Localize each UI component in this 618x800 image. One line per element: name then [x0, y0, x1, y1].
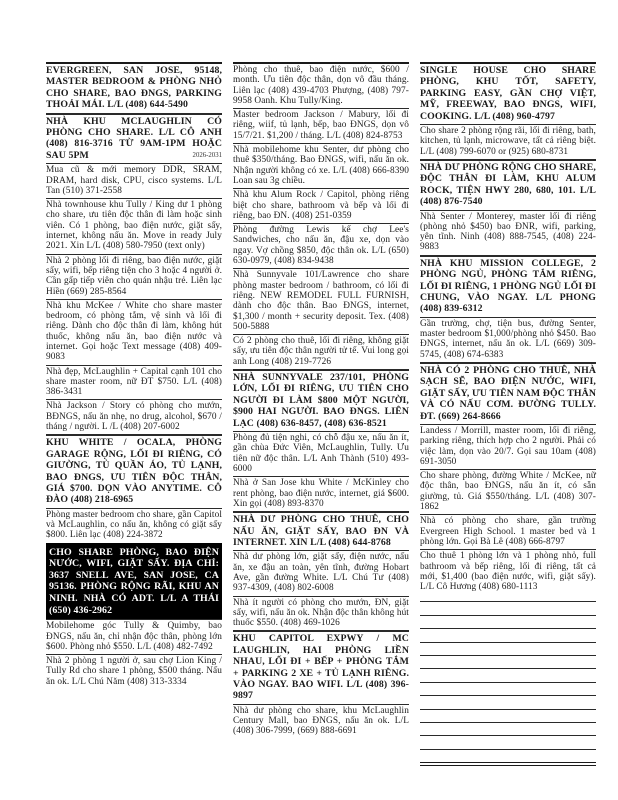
blank-ad-line: [420, 594, 596, 602]
classified-ad: Nhà dư phòng cho share, khu McLaughlin C…: [233, 704, 409, 739]
ad-run-dates: 2026-2031: [193, 150, 222, 161]
classified-ad: Nhà ở San Jose khu White / McKinley cho …: [233, 476, 409, 511]
classifieds-page: EVERGREEN, SAN JOSE, 95148, MASTER BEDRO…: [0, 0, 618, 800]
classified-ad: Nhà có phòng cho share, gần trường Everg…: [420, 514, 596, 549]
classified-ad: Phòng cho thuê, bao điện nước, $600 / mo…: [233, 62, 409, 108]
classified-ad: Nhà mobilehome khu Senter, dư phòng cho …: [233, 143, 409, 188]
classified-ad: Cho thuê 1 phòng lớn và 1 phòng nhỏ, ful…: [420, 549, 596, 594]
classified-ad: Master bedroom Jackson / Mabury, lối đi …: [233, 108, 409, 143]
blank-ad-line: [420, 656, 596, 669]
blank-ad-line: [420, 629, 596, 642]
classified-ad: Nhà townhouse khu Tully / King dư 1 phòn…: [46, 198, 222, 253]
classified-ad: Cho share 2 phòng rộng rãi, lối đi riêng…: [420, 124, 596, 159]
classified-ad: SINGLE HOUSE CHO SHARE PHÒNG, KHU TỐT, S…: [420, 62, 596, 124]
classified-ad: Mobilehome góc Tully & Quimby, bao ĐNGS,…: [46, 619, 222, 654]
classified-ad: NHÀ CÓ 2 PHÒNG CHO THUÊ, NHÀ SẠCH SẼ, BA…: [420, 362, 596, 424]
classified-ad: NHÀ KHU MCLAUGHLIN CÓ PHÒNG CHO SHARE. L…: [46, 113, 222, 164]
blank-ad-line: [420, 710, 596, 723]
classified-ad: Phòng đủ tiện nghi, có chỗ đậu xe, nấu ă…: [233, 431, 409, 476]
classifieds-column-2: Phòng cho thuê, bao điện nước, $600 / mo…: [233, 62, 409, 739]
classified-ad: NHÀ DƯ PHÒNG RỘNG CHO SHARE, ĐỘC THÂN ĐI…: [420, 159, 596, 210]
classifieds-column-3: SINGLE HOUSE CHO SHARE PHÒNG, KHU TỐT, S…: [420, 62, 596, 766]
blank-ad-line: [420, 736, 596, 749]
classified-ad: CHO SHARE PHÒNG, BAO ĐIỆN NƯỚC, WIFI, GI…: [46, 543, 222, 620]
classified-ad: NHÀ SUNNYVALE 237/101, PHÒNG LỚN, LỐI ĐI…: [233, 369, 409, 431]
classified-ad: Landess / Morrill, master room, lối đi r…: [420, 424, 596, 469]
classified-ad: Nhà khu McKee / White cho share master b…: [46, 299, 222, 365]
blank-ad-line: [420, 616, 596, 629]
classified-ad: KHU WHITE / OCALA, PHÒNG GARAGE RỘNG, LỐ…: [46, 434, 222, 507]
classified-ad: Cho share phòng, đường White / McKee, nữ…: [420, 469, 596, 514]
classified-ad: Phòng đường Lewis kế chợ Lee's Sandwiche…: [233, 223, 409, 268]
classified-ad: Nhà Sunnyvale 101/Lawrence cho share phò…: [233, 268, 409, 334]
classified-ad: Nhà Jackson / Story có phòng cho mướn, B…: [46, 399, 222, 434]
blank-ad-line: [420, 750, 596, 766]
classified-ad: Nhà ít người có phòng cho mướn, ĐN, giặt…: [233, 596, 409, 631]
blank-ad-line: [420, 643, 596, 656]
classified-ad: Nhà khu Alum Rock / Capitol, phòng riêng…: [233, 188, 409, 223]
classified-ad: KHU CAPITOL EXPWY / MC LAUGHLIN, HAI PHÒ…: [233, 630, 409, 703]
blank-ad-line: [420, 669, 596, 682]
classified-ad: Nhà 2 phòng 1 người ở, sau chợ Lion King…: [46, 654, 222, 689]
blank-ad-line: [420, 723, 596, 736]
classified-ad: EVERGREEN, SAN JOSE, 95148, MASTER BEDRO…: [46, 62, 222, 113]
classified-ad: Nhà đẹp, McLaughlin + Capital cạnh 101 c…: [46, 365, 222, 400]
classified-ad: Nhà dư phòng lớn, giặt sấy, điện nước, n…: [233, 550, 409, 595]
classifieds-columns: EVERGREEN, SAN JOSE, 95148, MASTER BEDRO…: [46, 62, 598, 766]
classifieds-column-1: EVERGREEN, SAN JOSE, 95148, MASTER BEDRO…: [46, 62, 222, 689]
classified-ad: Nhà 2 phòng lối đi riêng, bao điện nước,…: [46, 254, 222, 299]
blank-ad-line: [420, 683, 596, 696]
classified-ad: NHÀ KHU MISSION COLLEGE, 2 PHÒNG NGỦ, PH…: [420, 255, 596, 317]
classified-ad: Mua cũ & mới memory DDR, SRAM, DRAM, har…: [46, 163, 222, 198]
blank-ad-line: [420, 696, 596, 709]
classified-ad: Phòng master bedroom cho share, gần Capi…: [46, 508, 222, 543]
blank-ad-line: [420, 602, 596, 615]
classified-ad: Có 2 phòng cho thuê, lối đi riêng, không…: [233, 334, 409, 369]
classified-ad: Gần trường, chợ, tiện bus, đường Senter,…: [420, 317, 596, 362]
classified-ad: NHÀ DƯ PHÒNG CHO THUÊ, CHO NẤU ĂN, GIẶT …: [233, 511, 409, 550]
classified-ad: Nhà Senter / Monterey, master lối đi riê…: [420, 210, 596, 255]
